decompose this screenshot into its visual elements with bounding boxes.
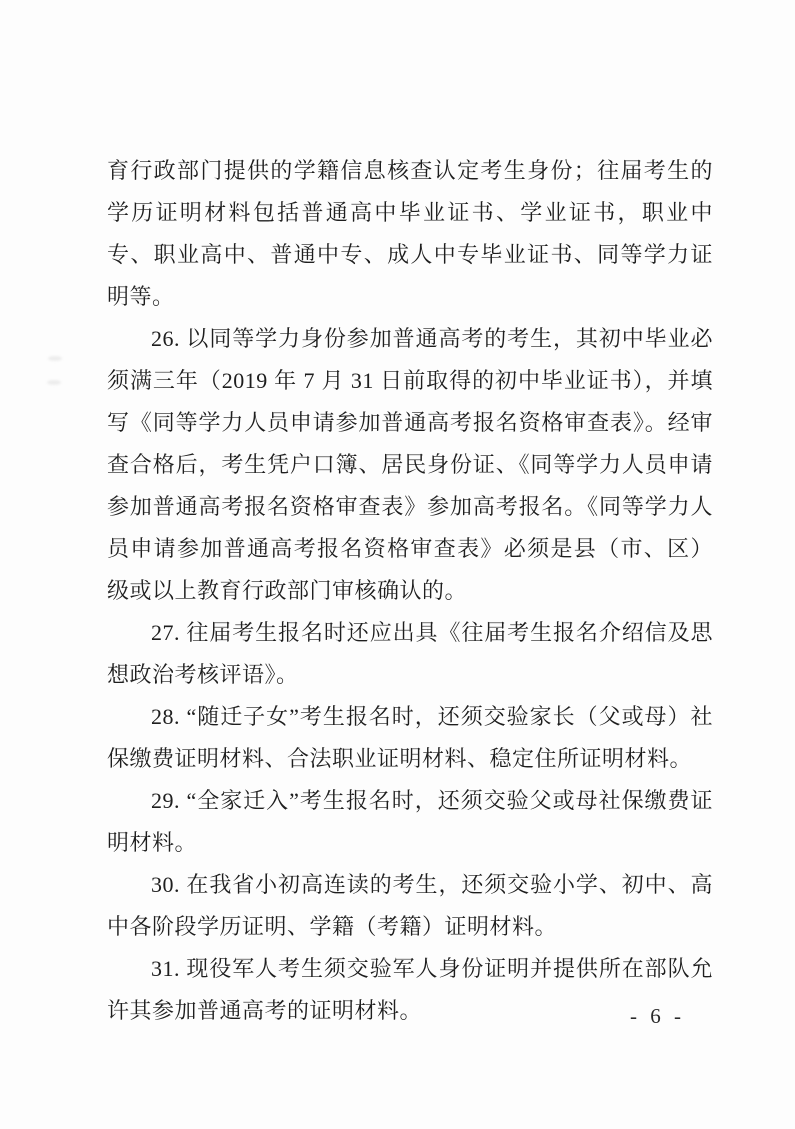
paragraph-item-28: 28. “随迁子女”考生报名时，还须交验家长（父或母）社保缴费证明材料、合法职业…	[107, 696, 713, 780]
paragraph-item-30: 30. 在我省小初高连读的考生，还须交验小学、初中、高中各阶段学历证明、学籍（考…	[107, 864, 713, 948]
page-number: - 6 -	[630, 1004, 685, 1029]
paragraph-item-29: 29. “全家迁入”考生报名时，还须交验父或母社保缴费证明材料。	[107, 780, 713, 864]
document-body: 育行政部门提供的学籍信息核查认定考生身份；往届考生的学历证明材料包括普通高中毕业…	[107, 150, 713, 1032]
paragraph-item-31: 31. 现役军人考生须交验军人身份证明并提供所在部队允许其参加普通高考的证明材料…	[107, 948, 713, 1032]
paragraph-continuation: 育行政部门提供的学籍信息核查认定考生身份；往届考生的学历证明材料包括普通高中毕业…	[107, 150, 713, 318]
paragraph-item-26: 26. 以同等学力身份参加普通高考的考生，其初中毕业必须满三年（2019 年 7…	[107, 318, 713, 612]
scan-artifact	[47, 380, 61, 385]
document-page: 育行政部门提供的学籍信息核查认定考生身份；往届考生的学历证明材料包括普通高中毕业…	[0, 0, 795, 1129]
scan-artifact	[48, 356, 62, 361]
paragraph-item-27: 27. 往届考生报名时还应出具《往届考生报名介绍信及思想政治考核评语》。	[107, 612, 713, 696]
